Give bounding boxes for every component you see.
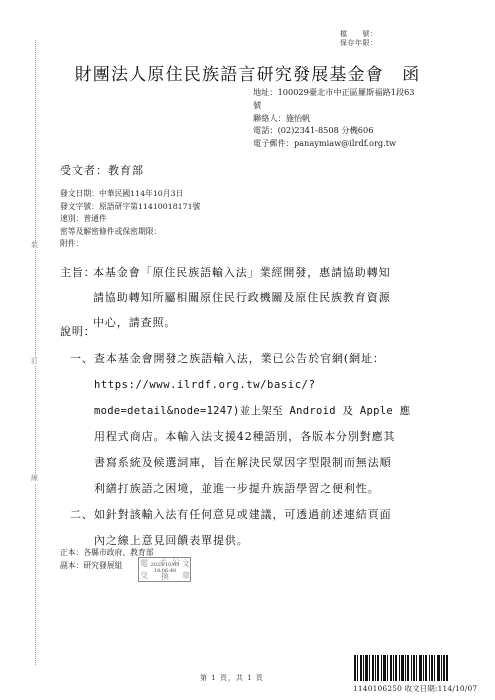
e-document-stamp: 電 子 公 文 交 換 章 2025/10/03 18:06:48: [138, 557, 191, 582]
item-line: 如針對該輸入法有任何意見或建議，可透過前述連結頁面: [70, 502, 410, 528]
stamp-char: 交: [140, 571, 148, 580]
item-line-url-cont: mode=detail&node=1247)並上架至 Android 及 App…: [70, 398, 410, 424]
subject-line: 中心，請查照。: [93, 310, 453, 335]
stamp-char: 章: [182, 571, 190, 580]
item-line: 利繕打族語之困境，並進一步提升族語學習之便利性。: [70, 476, 410, 502]
sender-info: 地址：100029臺北市中正區羅斯福路1段63 號 聯絡人：施怡帆 電話：(02…: [253, 86, 415, 150]
retention-label: 保存年限：: [340, 39, 378, 48]
sender-address-cont: 號: [253, 99, 415, 112]
attachments: 附件：: [60, 238, 200, 251]
sender-email: 電子郵件：panaymiaw@ilrdf.org.tw: [253, 137, 415, 150]
recipient: 受文者：教育部: [60, 162, 144, 178]
item-number: 一、: [70, 346, 94, 372]
item-line-url: https://www.ilrdf.org.tw/basic/?: [70, 372, 410, 398]
document-title: 財團法人原住民族語言研究發展基金會 函: [0, 60, 495, 85]
binding-mark-xian: 線: [31, 474, 38, 483]
explanation-item-1: 一、 查本基金會開發之族語輸入法，業已公告於官網(網址： https://www…: [70, 346, 410, 502]
page-number: 第 1 頁，共 1 頁: [200, 673, 264, 683]
stamp-char: 電: [140, 559, 148, 568]
file-meta: 檔 號： 保存年限：: [340, 30, 378, 48]
issue-date: 發文日期：中華民國114年10月3日: [60, 188, 200, 201]
delivery-speed: 速別：普通件: [60, 213, 200, 226]
explanation-items: 一、 查本基金會開發之族語輸入法，業已公告於官網(網址： https://www…: [70, 346, 410, 554]
subject-line: 請協助轉知所屬相關原住民行政機關及原住民族教育資源: [93, 285, 453, 310]
explanation-label: 說明：: [60, 323, 96, 339]
doc-number: 發文字號：原語研字第11410018171號: [60, 201, 200, 214]
barcode: [354, 655, 466, 681]
document-meta: 發文日期：中華民國114年10月3日 發文字號：原語研字第11410018171…: [60, 188, 200, 251]
sender-address: 地址：100029臺北市中正區羅斯福路1段63: [253, 86, 415, 99]
item-number: 二、: [70, 502, 94, 528]
sender-contact: 聯絡人：施怡帆: [253, 112, 415, 125]
item-line: 查本基金會開發之族語輸入法，業已公告於官網(網址：: [70, 346, 410, 372]
stamp-time: 18:06:48: [150, 568, 180, 574]
sender-phone: 電話：(02)2341-8508 分機606: [253, 124, 415, 137]
barcode-text: 1140106250 收文日期:114/10/07: [353, 683, 477, 694]
stamp-datetime: 2025/10/03 18:06:48: [150, 562, 180, 574]
binding-dotted-line: [35, 40, 36, 665]
binding-mark-zhuang: 裝: [31, 241, 38, 250]
subject-line: 本基金會「原住民族語輸入法」業經開發，惠請協助轉知: [93, 260, 453, 285]
subject-label: 主旨：: [60, 260, 96, 285]
item-line: 用程式商店。本輸入法支援42種語別，各版本分別對應其: [70, 424, 410, 450]
classification: 密等及解密條件或保密期限：: [60, 226, 200, 239]
item-line: 書寫系統及候選詞庫，旨在解決民眾因字型限制而無法順: [70, 450, 410, 476]
stamp-char: 文: [182, 559, 190, 568]
file-number-label: 檔 號：: [340, 30, 378, 39]
subject-body: 本基金會「原住民族語輸入法」業經開發，惠請協助轉知 請協助轉知所屬相關原住民行政…: [93, 260, 453, 335]
binding-mark-ding: 訂: [31, 357, 38, 366]
